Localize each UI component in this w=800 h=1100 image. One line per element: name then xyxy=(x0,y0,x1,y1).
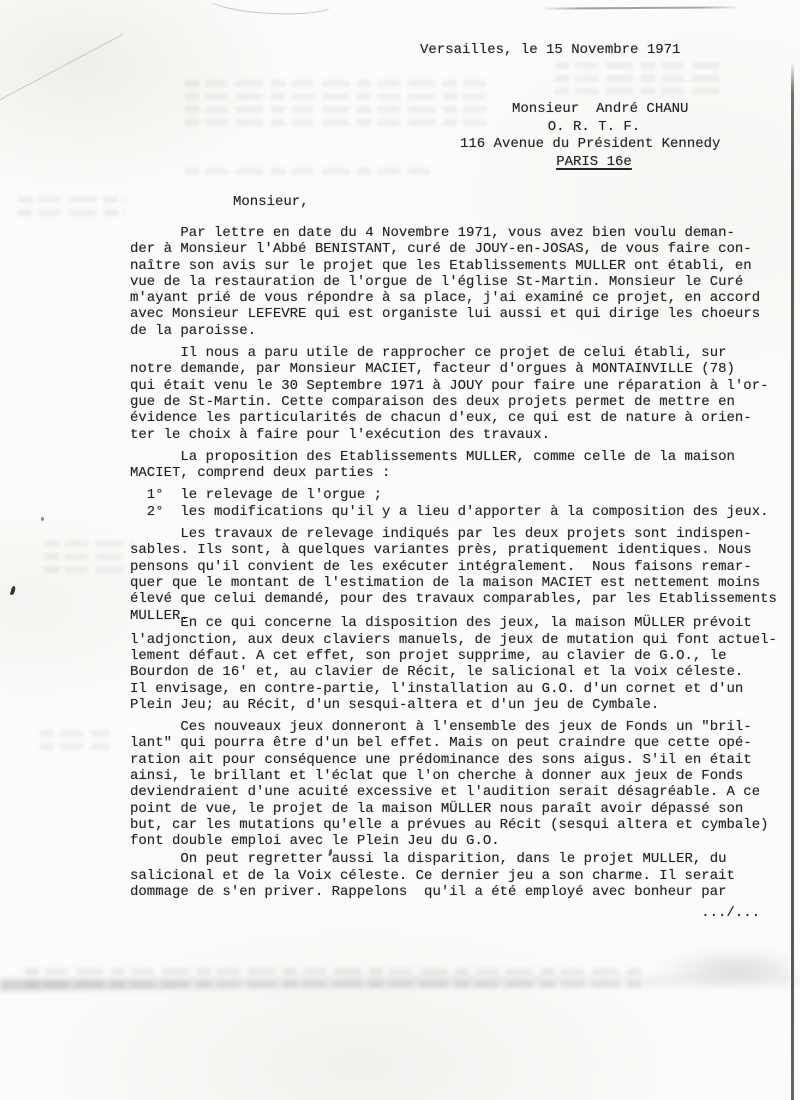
text-line: font double emploi avec le Plein Jeu du … xyxy=(130,833,800,849)
text-line: Plein Jeu; au Récit, d'un sesqui-altera … xyxy=(130,697,800,713)
ink-speck xyxy=(41,517,44,521)
text-line: gue de St-Martin. Cette comparaison des … xyxy=(130,394,800,410)
bleedthrough-ghost-text xyxy=(555,62,720,101)
text-line: der à Monsieur l'Abbé BENISTANT, curé de… xyxy=(130,241,800,257)
dateline: Versailles, le 15 Novembre 1971 xyxy=(420,42,680,58)
text-line: notre demande, par Monsieur MACIET, fact… xyxy=(130,361,800,377)
text-line: ter le choix à faire pour l'exécution de… xyxy=(130,427,800,443)
paragraph-5: En ce qui concerne la disposition des je… xyxy=(130,615,800,713)
paper-corner-fold xyxy=(0,0,123,101)
bleedthrough-ghost-text xyxy=(25,968,645,994)
bleedthrough-ghost-text xyxy=(40,730,110,756)
paragraph-7: On peut regretter aussi la disparition, … xyxy=(130,851,800,900)
text-line: salicional et de la Voix céleste. Ce der… xyxy=(130,868,800,884)
text-line: Ces nouveaux jeux donneront à l'ensemble… xyxy=(130,719,800,735)
text-line: lant" qui pourra être d'un bel effet. Ma… xyxy=(130,735,800,751)
text-line: sables. Ils sont, à quelques variantes p… xyxy=(130,542,800,558)
text-line: Bourdon de 16' et, au clavier de Récit, … xyxy=(130,664,800,680)
text-line: évidence les particularités de chacun d'… xyxy=(130,410,800,426)
recipient-city: PARIS 16e xyxy=(460,154,728,172)
recipient-name: Monsieur André CHANU xyxy=(460,101,728,119)
ink-speck xyxy=(10,586,16,596)
letter-body: Par lettre en date du 4 Novembre 1971, v… xyxy=(130,225,800,921)
text-line: but, car les mutations qu'elle a prévues… xyxy=(130,817,800,833)
text-line: l'adjonction, aux deux claviers manuels,… xyxy=(130,632,800,648)
scan-smudge xyxy=(655,948,790,990)
text-line: 1° le relevage de l'orgue ; xyxy=(130,487,800,503)
text-line: Les travaux de relevage indiqués par les… xyxy=(130,526,800,542)
text-line: 2° les modifications qu'il y a lieu d'ap… xyxy=(130,504,800,520)
text-line: MACIET, comprend deux parties : xyxy=(130,465,800,481)
text-line: Il nous a paru utile de rapprocher ce pr… xyxy=(130,345,800,361)
bleedthrough-ghost-text xyxy=(18,196,126,222)
scan-top-edge-line xyxy=(545,6,737,9)
continuation-mark: .../... xyxy=(130,905,800,921)
recipient-street: 116 Avenue du Président Kennedy xyxy=(460,136,728,154)
paper-top-crease xyxy=(204,0,337,17)
text-line: qui était venu le 30 Septembre 1971 à JO… xyxy=(130,378,800,394)
bleedthrough-ghost-text xyxy=(45,540,133,579)
bleedthrough-ghost-text xyxy=(185,168,430,181)
text-line: En ce qui concerne la disposition des je… xyxy=(130,615,800,631)
text-line: avec Monsieur LEFEVRE qui est organiste … xyxy=(130,306,800,322)
paragraph-4: Les travaux de relevage indiqués par les… xyxy=(130,526,800,624)
text-line: naître son avis sur le projet que les Et… xyxy=(130,258,800,274)
text-line: Par lettre en date du 4 Novembre 1971, v… xyxy=(130,225,800,241)
paragraph-3: La proposition des Etablissements MULLER… xyxy=(130,449,800,482)
text-line: lement défaut. A cet effet, son projet s… xyxy=(130,648,800,664)
scanned-letter-page: Versailles, le 15 Novembre 1971 Monsieur… xyxy=(0,0,800,1100)
paragraph-6: Ces nouveaux jeux donneront à l'ensemble… xyxy=(130,719,800,849)
text-line: de la paroisse. xyxy=(130,323,800,339)
text-line: dommage de s'en priver. Rappelons qu'il … xyxy=(130,884,800,900)
text-line: Il envisage, en contre-partie, l'install… xyxy=(130,681,800,697)
numbered-list: 1° le relevage de l'orgue ; 2° les modif… xyxy=(130,487,800,520)
text-line: ainsi, le brillant et l'éclat que l'on c… xyxy=(130,768,800,784)
text-line: point de vue, le projet de la maison MÜL… xyxy=(130,801,800,817)
text-line: ration ait pour conséquence une prédomin… xyxy=(130,752,800,768)
text-line: On peut regretter aussi la disparition, … xyxy=(130,851,800,867)
text-line: quer que le montant de l'estimation de l… xyxy=(130,575,800,591)
text-line: élevé que celui demandé, pour des travau… xyxy=(130,591,800,607)
bleedthrough-ghost-text xyxy=(185,80,490,132)
text-line: deviendraient d'une acuité excessive et … xyxy=(130,784,800,800)
recipient-address-block: Monsieur André CHANU O. R. T. F. 116 Ave… xyxy=(460,101,728,171)
text-line: La proposition des Etablissements MULLER… xyxy=(130,449,800,465)
text-line: m'ayant prié de vous répondre à sa place… xyxy=(130,290,800,306)
recipient-organization: O. R. T. F. xyxy=(460,119,728,137)
paragraph-2: Il nous a paru utile de rapprocher ce pr… xyxy=(130,345,800,443)
text-line: pensons qu'il convient de les exécuter i… xyxy=(130,559,800,575)
salutation: Monsieur, xyxy=(233,194,309,210)
text-line: vue de la restauration de l'orgue de l'é… xyxy=(130,274,800,290)
paragraph-1: Par lettre en date du 4 Novembre 1971, v… xyxy=(130,225,800,339)
